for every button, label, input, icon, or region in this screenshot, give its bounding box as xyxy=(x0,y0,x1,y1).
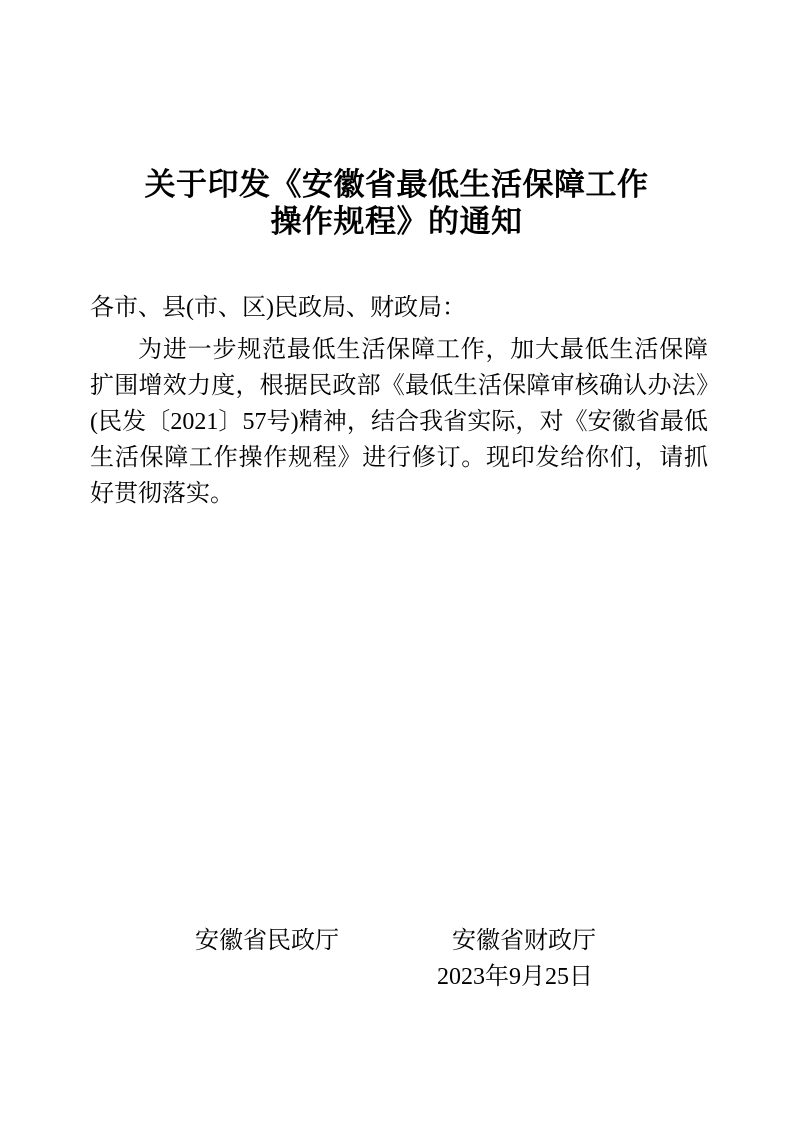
body-paragraph: 为进一步规范最低生活保障工作，加大最低生活保障扩围增效力度，根据民政部《最低生活… xyxy=(90,332,708,512)
signature-finance-department: 安徽省财政厅 xyxy=(452,928,596,954)
salutation-line: 各市、县(市、区)民政局、财政局： xyxy=(90,290,708,326)
document-date: 2023年9月25日 xyxy=(437,964,593,991)
signature-civil-affairs-department: 安徽省民政厅 xyxy=(195,928,339,954)
document-page: 关于印发《安徽省最低生活保障工作 操作规程》的通知 各市、县(市、区)民政局、财… xyxy=(0,0,793,1121)
document-title: 关于印发《安徽省最低生活保障工作 操作规程》的通知 xyxy=(0,166,793,240)
document-title-line-1: 关于印发《安徽省最低生活保障工作 xyxy=(0,166,793,203)
document-title-line-2: 操作规程》的通知 xyxy=(0,203,793,240)
